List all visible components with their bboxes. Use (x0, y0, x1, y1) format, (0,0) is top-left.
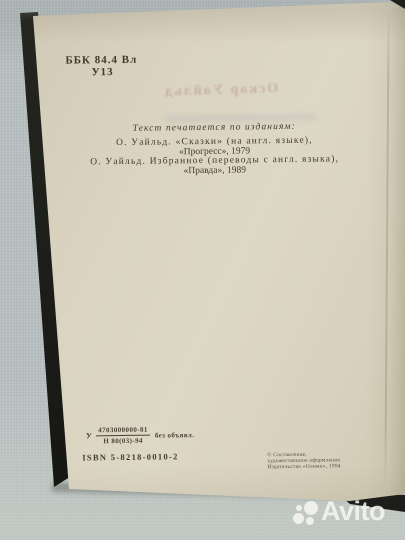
copyright-block: © Составление, художественное оформление… (267, 451, 342, 471)
avito-wordmark: Avito (321, 496, 385, 527)
avito-dot-icon (293, 513, 304, 524)
print-code-denominator: Н 80(03)-94 (96, 435, 150, 446)
avito-dot-icon (306, 517, 314, 525)
print-run-code: У 4703000000-81 Н 80(03)-94 без объявл. (86, 425, 195, 445)
edition-info-block: Текст печатается по изданиям: О. Уайльд.… (74, 122, 355, 178)
page-content: ББК 84.4 Вл У13 Оскар Уайльд Текст печат… (0, 0, 405, 540)
print-code-prefix: У (86, 431, 92, 440)
isbn-number: ISBN 5-8218-0010-2 (82, 451, 178, 462)
avito-watermark: Avito (293, 497, 405, 535)
print-code-suffix: без объявл. (155, 431, 195, 439)
print-code-fraction: 4703000000-81 Н 80(03)-94 (96, 426, 150, 446)
copyright-line: Издательство «Олимп», 1994 (267, 464, 341, 471)
avito-dot-icon (304, 501, 318, 515)
photo-of-book-copyright-page: ББК 84.4 Вл У13 Оскар Уайльд Текст печат… (0, 0, 405, 540)
show-through-ghost-title: Оскар Уайльд (136, 80, 306, 101)
bbk-classification-code: ББК 84.4 Вл (65, 54, 137, 67)
avito-logo-icon (293, 500, 319, 528)
avito-dot-icon (296, 505, 302, 511)
author-classification-code: У13 (92, 66, 114, 78)
edition-note: Текст печатается по изданиям: (74, 122, 354, 135)
